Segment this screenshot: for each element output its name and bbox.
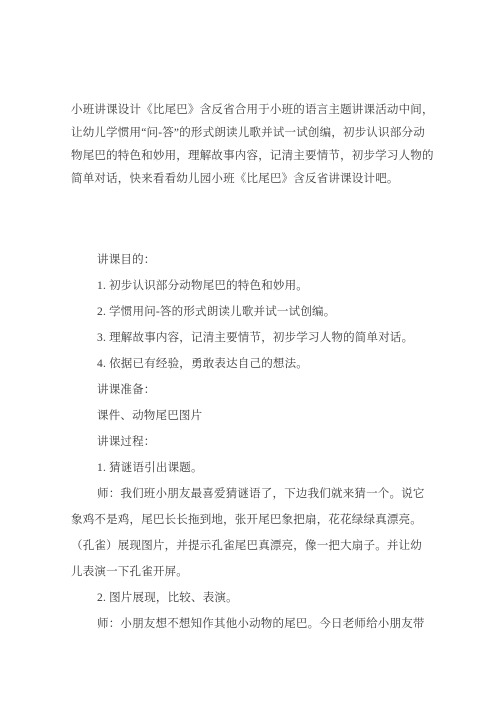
lesson-plan-document: 小班讲课设计《比尾巴》含反省合用于小班的语言主题讲课活动中间， 让幼儿学惯用“问… — [71, 99, 441, 637]
teacher-dialogue-line: （孔雀）展现图片，并提示孔雀尾巴真漂亮，像一把大扇子。并让幼 — [71, 533, 441, 559]
teacher-dialogue-line: 师：小朋友想不想知作其他小动物的尾巴。今日老师给小朋友带 — [71, 611, 441, 637]
heading-process: 讲课过程： — [71, 429, 441, 455]
document-page: 小班讲课设计《比尾巴》含反省合用于小班的语言主题讲课活动中间， 让幼儿学惯用“问… — [0, 0, 500, 708]
teacher-dialogue-line: 儿表演一下孔雀开屏。 — [71, 559, 441, 585]
process-step-2: 2. 图片展现，比较、表演。 — [71, 585, 441, 611]
intro-line: 小班讲课设计《比尾巴》含反省合用于小班的语言主题讲课活动中间， — [71, 99, 441, 122]
lesson-plan-body: 讲课目的： 1. 初步认识部分动物尾巴的特色和妙用。 2. 学惯用问-答的形式朗… — [71, 247, 441, 637]
intro-line: 物尾巴的特色和妙用，理解故事内容，记清主要情节，初步学习人物的 — [71, 145, 441, 168]
intro-paragraph: 小班讲课设计《比尾巴》含反省合用于小班的语言主题讲课活动中间， 让幼儿学惯用“问… — [71, 99, 441, 191]
heading-objectives: 讲课目的： — [71, 247, 441, 273]
heading-preparation: 讲课准备： — [71, 377, 441, 403]
preparation-text: 课件、动物尾巴图片 — [71, 403, 441, 429]
objective-item-3: 3. 理解故事内容，记清主要情节，初步学习人物的简单对话。 — [71, 325, 441, 351]
intro-line: 让幼儿学惯用“问-答”的形式朗读儿歌并试一试创编，初步认识部分动 — [71, 122, 441, 145]
teacher-dialogue-line: 象鸡不是鸡，尾巴长长拖到地，张开尾巴象把扇，花花绿绿真漂亮。 — [71, 507, 441, 533]
intro-line: 简单对话，快来看看幼儿园小班《比尾巴》含反省讲课设计吧。 — [71, 168, 441, 191]
process-step-1: 1. 猜谜语引出课题。 — [71, 455, 441, 481]
teacher-dialogue-line: 师：我们班小朋友最喜爱猜谜语了，下边我们就来猜一个。说它 — [71, 481, 441, 507]
objective-item-1: 1. 初步认识部分动物尾巴的特色和妙用。 — [71, 273, 441, 299]
objective-item-4: 4. 依据已有经验，勇敢表达自己的想法。 — [71, 351, 441, 377]
objective-item-2: 2. 学惯用问-答的形式朗读儿歌并试一试创编。 — [71, 299, 441, 325]
